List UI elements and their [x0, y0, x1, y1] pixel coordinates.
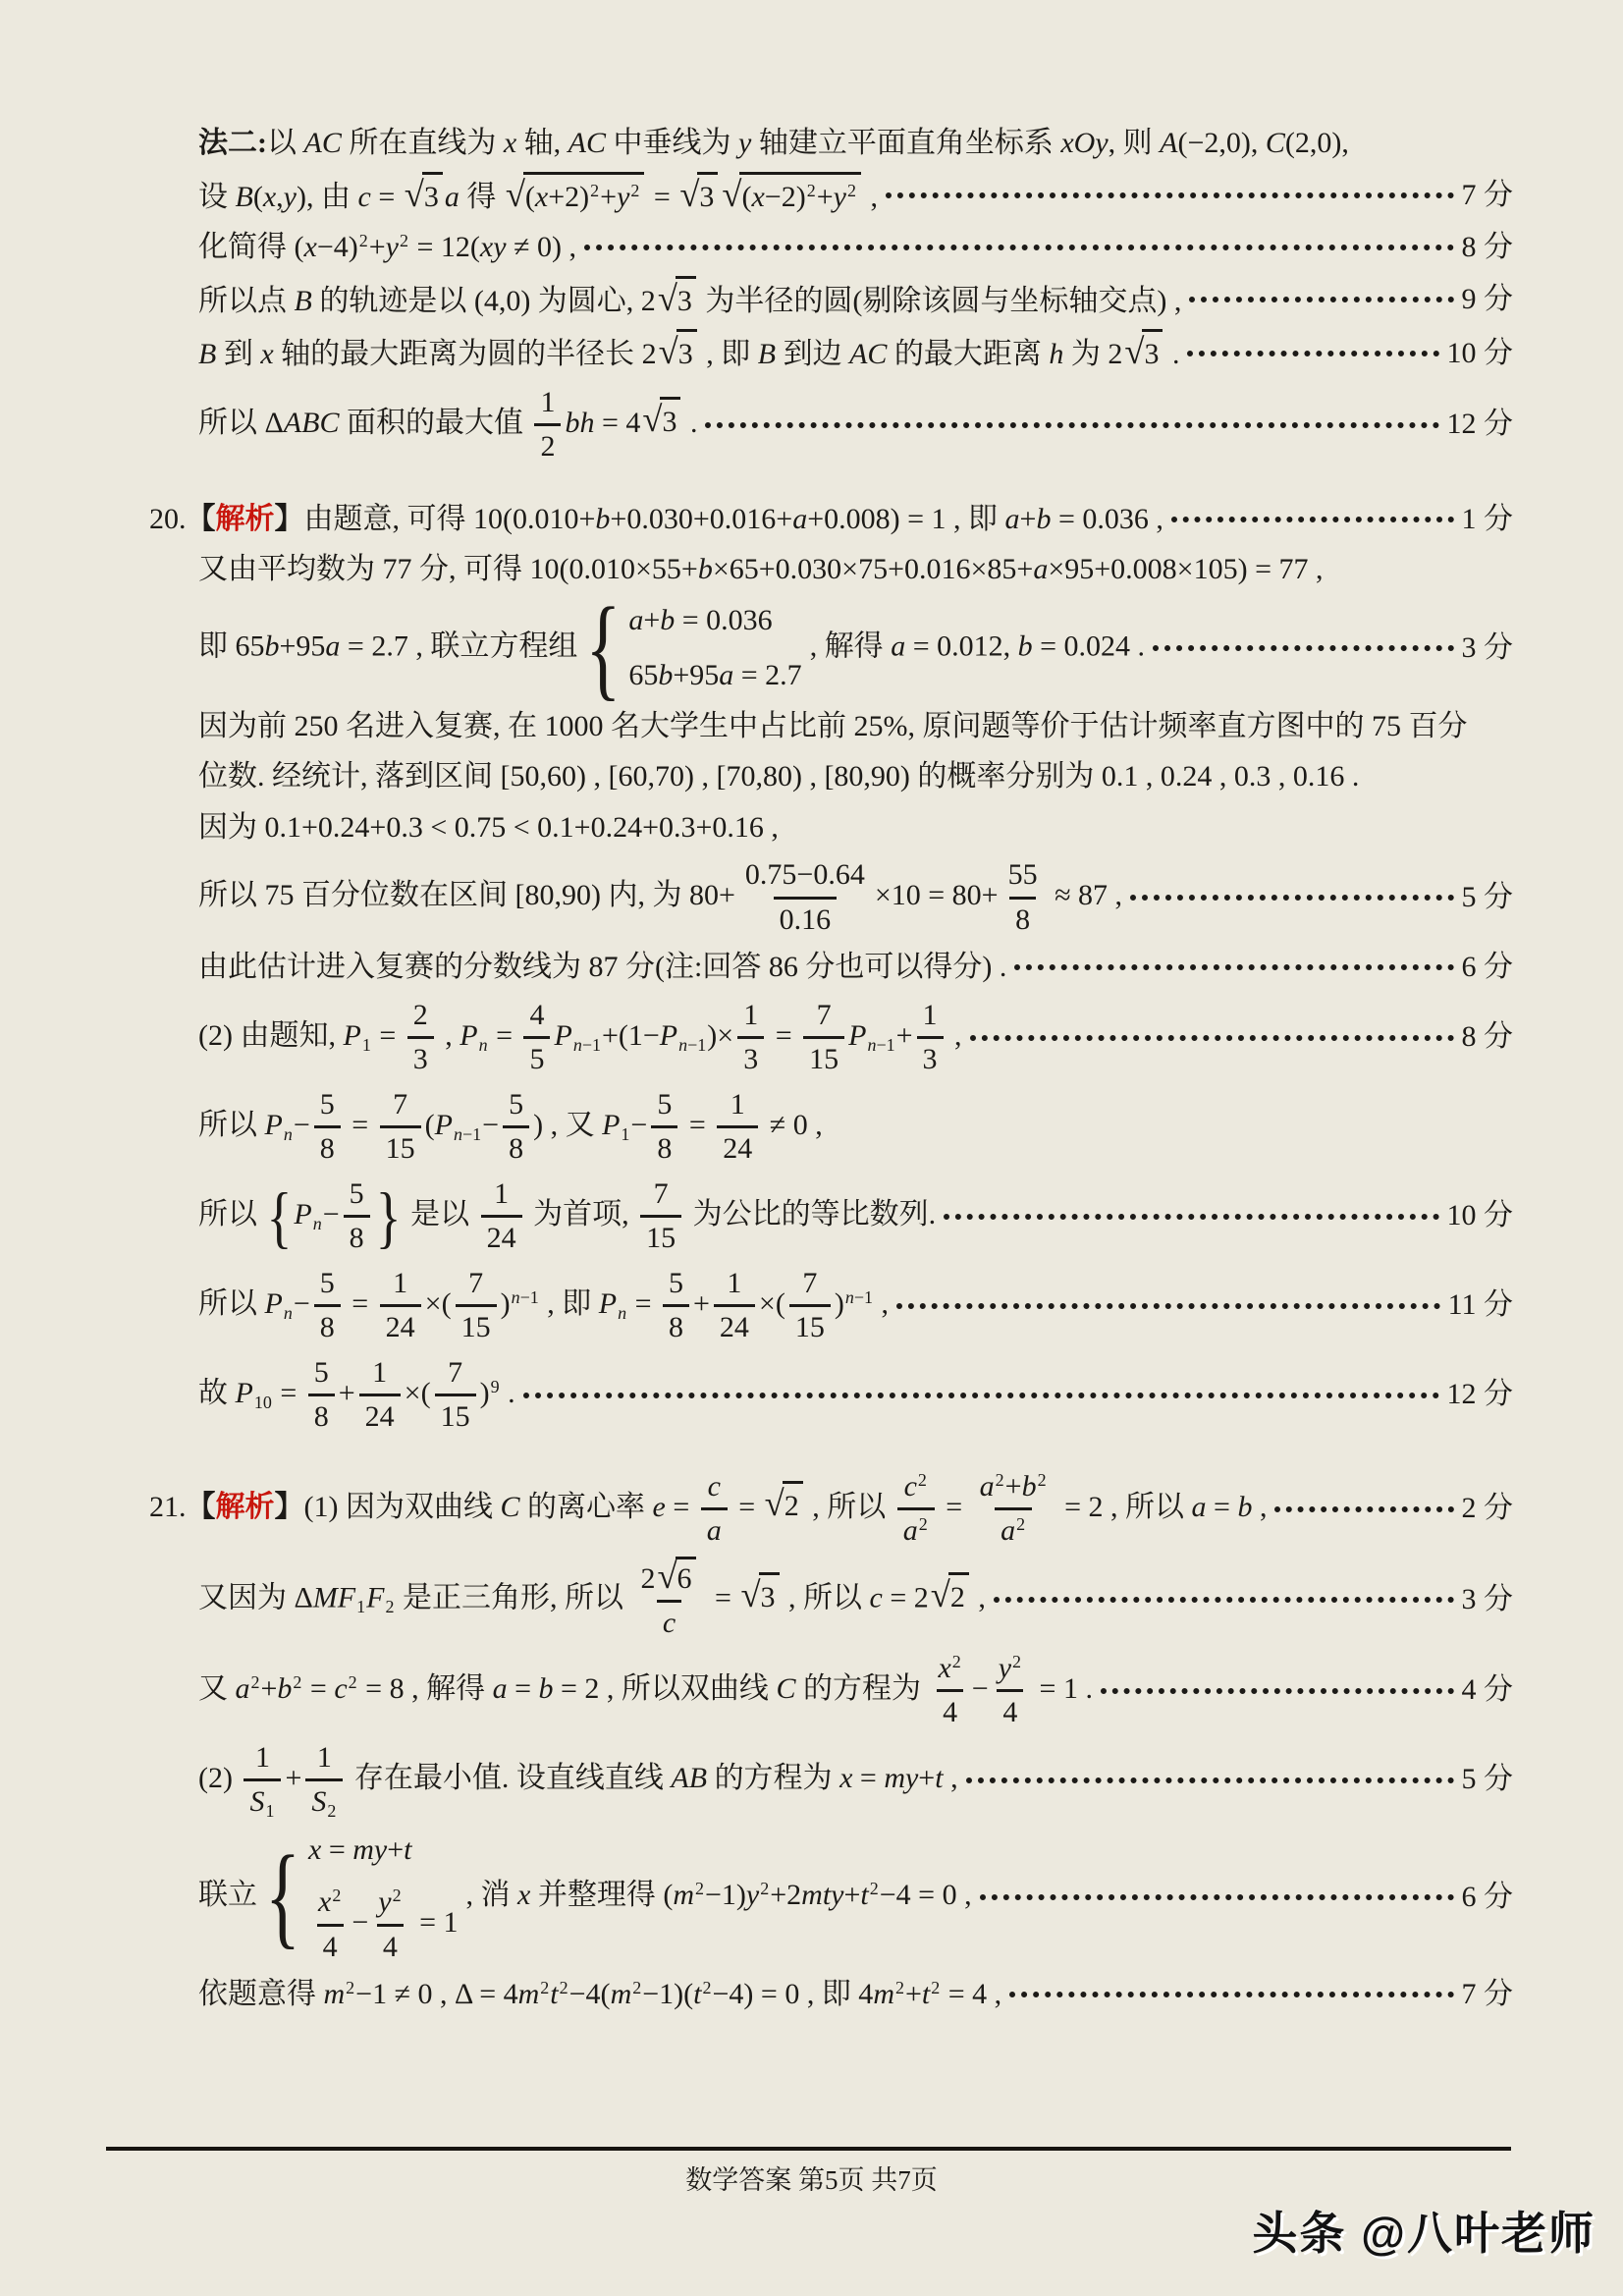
text: 24: [723, 1132, 752, 1165]
superscript: 9: [490, 1377, 501, 1396]
fraction: 124: [380, 1264, 421, 1348]
math-line: 即 65b+95a = 2.7 , 联立方程组{a+b = 0.03665b+9…: [108, 598, 1513, 699]
score-label: 3 分: [1462, 1577, 1514, 1623]
text: 2: [540, 430, 555, 463]
text: 15: [795, 1311, 825, 1343]
math-line: 设 B(x,y), 由 c = √3a 得 √(x+2)2+y2 = √3√(x…: [108, 172, 1513, 221]
text: 7: [654, 1177, 669, 1210]
math-variable: AC: [304, 127, 342, 159]
equation-system: {x = my+tx24−y24 = 1: [265, 1828, 459, 1968]
superscript: 2: [348, 1672, 358, 1692]
math-variable: xy: [480, 231, 507, 263]
radical-icon: √: [765, 1486, 784, 1522]
text: 6: [677, 1562, 692, 1595]
square-root: √2: [931, 1572, 969, 1621]
text: 3: [662, 406, 676, 438]
fraction: 23: [407, 996, 434, 1080]
footer-divider: [106, 2147, 1511, 2151]
text: ), 由: [297, 181, 358, 213]
text: (: [525, 181, 535, 213]
text: −: [482, 1108, 499, 1140]
bold-text: 】: [275, 1490, 304, 1522]
math-line: 依题意得 m2−1 ≠ 0 , Δ = 4m2t2−4(m2−1)(t2−4) …: [108, 1972, 1513, 2013]
superscript: 2: [917, 1470, 928, 1490]
text: 由此估计进入复赛的分数线为 87 分(注:回答 86 分也可以得分) .: [198, 951, 1006, 983]
superscript: 2: [559, 1978, 569, 1997]
text: ,: [863, 181, 878, 213]
superscript: 2: [358, 231, 369, 250]
subscript: 1: [620, 1124, 630, 1144]
fraction: y24: [372, 1883, 407, 1967]
text: 到边: [776, 338, 849, 370]
subscript: n−1: [572, 1035, 602, 1055]
text: −4) = 0 , 即 4: [712, 1978, 873, 2010]
math-variable: m: [324, 1978, 346, 2010]
superscript: 2: [539, 1978, 550, 1997]
text: 7: [468, 1267, 483, 1299]
score-label: 3 分: [1462, 626, 1514, 672]
math-variable: t: [404, 1833, 411, 1866]
fraction: 0.75−0.640.16: [739, 855, 871, 940]
math-variable: y: [999, 1652, 1011, 1684]
text: 8: [509, 1132, 523, 1165]
text: 55: [1008, 858, 1038, 891]
text: +: [285, 1761, 301, 1793]
subscript: n−1: [453, 1124, 482, 1144]
fraction: 12: [534, 383, 561, 467]
math-expression: B 到 x 轴的最大距离为圆的半径长 2√3 , 即 B 到边 AC 的最大距离…: [198, 329, 1179, 378]
math-line: 所以 Pn−58 = 124×(715)n−1 , 即 Pn = 58+124×…: [108, 1264, 1513, 1348]
math-variable: x: [260, 338, 273, 370]
text: −1): [705, 1879, 746, 1911]
text: ,: [1252, 1490, 1267, 1522]
subscript: n: [312, 1214, 323, 1233]
text: 3: [699, 181, 714, 213]
math-variable: m: [673, 1879, 694, 1911]
math-variable: P: [265, 1286, 283, 1319]
text: = 1: [412, 1906, 459, 1939]
text: 到: [216, 338, 260, 370]
superscript: 2: [345, 1978, 355, 1997]
text: −: [294, 1286, 310, 1319]
text: = 0.024 .: [1033, 629, 1145, 662]
subscript: 1: [361, 1035, 372, 1055]
text: 的方程为: [795, 1671, 928, 1704]
score-label: 5 分: [1462, 1757, 1514, 1803]
math-variable: P: [294, 1197, 311, 1230]
math-variable: e: [653, 1490, 666, 1522]
text: = 2: [883, 1581, 929, 1613]
text: ×95+0.008×105) = 77 ,: [1048, 553, 1323, 585]
math-variable: x: [304, 231, 317, 263]
math-variable: y: [617, 181, 629, 213]
math-variable: B: [758, 338, 776, 370]
dotted-leader: [1274, 1506, 1453, 1512]
math-expression: 所以 Pn−58 = 715(Pn−1−58) , 又 P1−58 = 124 …: [198, 1085, 823, 1170]
math-expression: 所以 ΔABC 面积的最大值 12bh = 4√3 .: [198, 383, 697, 467]
radical-icon: √: [658, 281, 677, 317]
text: 5: [509, 1088, 523, 1121]
math-variable: B: [198, 338, 216, 370]
math-line: (2) 由题知, P1 = 23 , Pn = 45Pn−1+(1−Pn−1)×…: [108, 996, 1513, 1080]
fraction: 124: [481, 1175, 522, 1259]
text: ): [480, 1376, 490, 1408]
math-variable: a: [1001, 1514, 1015, 1547]
math-variable: my: [884, 1761, 918, 1793]
math-variable: c: [904, 1470, 917, 1503]
math-variable: b: [1018, 629, 1033, 662]
superscript: n−1: [511, 1287, 540, 1307]
math-variable: C: [1266, 127, 1285, 159]
math-variable: x: [535, 181, 548, 213]
math-variable: a: [792, 503, 807, 535]
math-variable: b: [265, 629, 280, 662]
text: 3: [761, 1581, 776, 1613]
subscript: 2: [326, 1801, 337, 1821]
math-line: 法二:以 AC 所在直线为 x 轴, AC 中垂线为 y 轴建立平面直角坐标系 …: [108, 121, 1513, 167]
text: , 所以: [782, 1581, 870, 1613]
text: 因为前 250 名进入复赛, 在 1000 名大学生中占比前 25%, 原问题等…: [198, 710, 1468, 742]
superscript: 2: [701, 1978, 712, 1997]
superscript: 2: [629, 181, 640, 200]
radical-icon: √: [931, 1577, 950, 1613]
math-expression: 又 a2+b2 = c2 = 8 , 解得 a = b = 2 , 所以双曲线 …: [198, 1649, 1093, 1733]
text: 4: [529, 999, 544, 1031]
text: 又: [198, 1671, 236, 1704]
text: 2: [950, 1581, 965, 1613]
text: ,: [944, 1761, 958, 1793]
text: 为首项,: [526, 1197, 637, 1230]
text: −: [972, 1671, 989, 1704]
math-expression: 所以 Pn−58 = 124×(715)n−1 , 即 Pn = 58+124×…: [198, 1264, 889, 1348]
math-variable: xOy: [1060, 127, 1108, 159]
math-variable: a: [903, 1514, 918, 1547]
math-line: 又由平均数为 77 分, 可得 10(0.010×55+b×65+0.030×7…: [108, 547, 1513, 593]
text: 4: [943, 1696, 957, 1728]
math-variable: x: [308, 1833, 321, 1866]
text: +2): [548, 181, 589, 213]
text: 21.: [149, 1490, 187, 1522]
text: 以: [267, 127, 304, 159]
dotted-leader: [1009, 1992, 1453, 1997]
radical-icon: √: [506, 177, 525, 213]
text: 24: [386, 1311, 415, 1343]
text: (2) 由题知,: [198, 1018, 343, 1051]
text: =: [321, 1833, 352, 1866]
math-variable: b: [660, 604, 675, 636]
math-variable: P: [460, 1018, 477, 1051]
radical-icon: √: [740, 1577, 760, 1613]
text: 1: [255, 1741, 270, 1774]
dotted-leader: [1171, 517, 1454, 522]
math-variable: x: [263, 181, 276, 213]
score-label: 4 分: [1462, 1667, 1514, 1714]
text: 得: [460, 181, 504, 213]
text: =: [768, 1018, 799, 1051]
text: 的轨迹是以 (4,0) 为圆心, 2: [312, 285, 656, 317]
text: (1) 因为双曲线: [304, 1490, 501, 1522]
text: 0.16: [780, 903, 832, 936]
math-expression: 化简得 (x−4)2+y2 = 12(xy ≠ 0) ,: [198, 225, 576, 271]
score-label: 5 分: [1462, 875, 1514, 921]
math-expression: 故 P10 = 58+124×(715)9 .: [198, 1353, 515, 1438]
dotted-leader: [1187, 351, 1438, 356]
square-root: √3: [659, 329, 697, 378]
text: 0.75−0.64: [745, 858, 865, 891]
answers-content: 法二:以 AC 所在直线为 x 轴, AC 中垂线为 y 轴建立平面直角坐标系 …: [0, 0, 1623, 2013]
text: 8: [669, 1311, 683, 1343]
math-variable: m: [873, 1978, 894, 2010]
math-variable: t: [935, 1761, 943, 1793]
text: =: [852, 1761, 884, 1793]
score-label: 10 分: [1447, 331, 1514, 377]
text: 并整理得 (: [530, 1879, 673, 1911]
superscript: 2: [951, 1652, 962, 1671]
text: , 所以: [805, 1490, 893, 1522]
score-label: 7 分: [1462, 173, 1514, 219]
fraction: 58: [314, 1085, 341, 1170]
text: ×65+0.030×75+0.016×85+: [713, 553, 1034, 585]
math-variable: P: [554, 1018, 571, 1051]
fraction: 715: [435, 1353, 476, 1438]
dotted-leader: [970, 1035, 1454, 1041]
text: 4: [383, 1931, 398, 1963]
math-variable: B: [236, 181, 253, 213]
math-line: 因为前 250 名进入复赛, 在 1000 名大学生中占比前 25%, 原问题等…: [108, 704, 1513, 750]
square-root: √2: [765, 1481, 803, 1530]
square-root: √3: [658, 276, 696, 325]
text: , 则: [1109, 127, 1161, 159]
fraction: 58: [663, 1264, 689, 1348]
text: =: [508, 1671, 539, 1704]
text: 5: [350, 1177, 364, 1210]
text: 2: [413, 999, 428, 1031]
text: =: [489, 1018, 520, 1051]
dotted-leader: [584, 245, 1453, 250]
text: ,: [947, 1018, 962, 1051]
text: .: [1164, 338, 1179, 370]
text: 设: [198, 181, 236, 213]
text: ×(: [405, 1376, 431, 1408]
math-line: 又因为 ΔMF1F2 是正三角形, 所以 2√6c = √3 , 所以 c = …: [108, 1557, 1513, 1644]
superscript: 2: [589, 181, 600, 200]
text: = 2.7: [733, 659, 801, 691]
text: +: [339, 1376, 355, 1408]
text: 8: [314, 1400, 329, 1433]
superscript: 2: [292, 1672, 302, 1692]
score-label: 8 分: [1462, 225, 1514, 271]
text: ,: [438, 1018, 460, 1051]
text: .: [682, 406, 697, 438]
superscript: 2: [250, 1672, 261, 1692]
math-variable: P: [602, 1108, 620, 1140]
text: 7: [817, 999, 832, 1031]
text: (: [253, 181, 263, 213]
math-line: 联立{x = my+tx24−y24 = 1, 消 x 并整理得 (m2−1)y…: [108, 1828, 1513, 1968]
text: 1: [730, 1088, 745, 1121]
math-variable: AB: [671, 1761, 707, 1793]
text: = 2 , 所以: [1057, 1490, 1192, 1522]
fraction: 45: [523, 996, 550, 1080]
fraction: 1S1: [243, 1738, 281, 1823]
text: = 4 ,: [941, 1978, 1001, 2010]
radical-icon: √: [659, 334, 678, 370]
text: 1: [727, 1267, 741, 1299]
text: −: [630, 1108, 647, 1140]
math-variable: a: [236, 1671, 250, 1704]
math-variable: mty: [801, 1879, 843, 1911]
square-root: √(x+2)2+y2: [506, 172, 645, 221]
score-label: 6 分: [1462, 1875, 1514, 1921]
watermark: 头条 @八叶老师: [1252, 2198, 1596, 2263]
square-root: √6: [657, 1557, 695, 1600]
math-line: 21.【解析】(1) 因为双曲线 C 的离心率 e = ca = √2 , 所以…: [108, 1467, 1513, 1552]
text: ): [835, 1286, 844, 1319]
radical-icon: √: [722, 177, 741, 213]
math-line: 化简得 (x−4)2+y2 = 12(xy ≠ 0) ,8 分: [108, 225, 1513, 271]
math-variable: a: [325, 629, 340, 662]
superscript: 2: [995, 1470, 1005, 1490]
fraction: 58: [314, 1264, 341, 1348]
text: −2): [765, 181, 806, 213]
math-variable: S: [249, 1785, 264, 1818]
left-brace-icon: {: [265, 1840, 300, 1954]
math-variable: bh: [565, 406, 594, 438]
math-variable: c: [708, 1470, 721, 1503]
text: 5: [320, 1267, 335, 1299]
text: 又因为 Δ: [198, 1581, 313, 1613]
dotted-leader: [705, 422, 1438, 428]
radical-icon: √: [657, 1558, 676, 1595]
math-variable: b: [698, 553, 713, 585]
math-line: 因为 0.1+0.24+0.3 < 0.75 < 0.1+0.24+0.3+0.…: [108, 805, 1513, 851]
text: (2,0),: [1285, 127, 1349, 159]
math-variable: P: [848, 1018, 866, 1051]
text: =: [345, 1286, 376, 1319]
subscript: 2: [384, 1597, 395, 1616]
text: 15: [646, 1222, 676, 1254]
math-line: 由此估计进入复赛的分数线为 87 分(注:回答 86 分也可以得分) .6 分: [108, 945, 1513, 991]
text: 1: [540, 386, 555, 418]
text: 8: [1015, 903, 1030, 936]
math-variable: a: [707, 1514, 722, 1547]
superscript: 2: [399, 231, 409, 250]
math-line: 位数. 经统计, 落到区间 [50,60) , [60,70) , [70,80…: [108, 754, 1513, 800]
text: 4: [1002, 1696, 1017, 1728]
text: +: [643, 604, 660, 636]
score-label: 12 分: [1447, 1372, 1514, 1418]
fraction: 124: [714, 1264, 755, 1348]
superscript: 2: [1037, 1470, 1048, 1490]
math-variable: P: [435, 1108, 453, 1140]
text: 为公比的等比数列.: [685, 1197, 936, 1230]
score-label: 7 分: [1462, 1972, 1514, 2013]
text: =: [731, 1490, 763, 1522]
math-variable: A: [1160, 127, 1177, 159]
subscript: 1: [355, 1597, 366, 1616]
superscript: 2: [694, 1879, 705, 1898]
text: 联立: [198, 1879, 257, 1911]
text: 是正三角形, 所以: [395, 1581, 630, 1613]
text: = 2 , 所以双曲线: [554, 1671, 777, 1704]
square-root: √3: [642, 397, 680, 446]
score-label: 12 分: [1447, 402, 1514, 448]
text: 轴建立平面直角坐标系: [751, 127, 1060, 159]
math-variable: c: [357, 181, 370, 213]
math-expression: 20.【解析】由题意, 可得 10(0.010+b+0.030+0.016+a+…: [149, 497, 1163, 543]
dotted-leader: [886, 192, 1454, 198]
math-variable: x: [839, 1761, 852, 1793]
fraction: 13: [737, 996, 764, 1080]
bold-text: 【: [187, 1490, 216, 1522]
text: =: [372, 1018, 404, 1051]
text: −4): [317, 231, 358, 263]
dotted-leader: [1189, 297, 1453, 302]
fraction: 715: [803, 996, 844, 1080]
math-expression: 由此估计进入复赛的分数线为 87 分(注:回答 86 分也可以得分) .: [198, 945, 1006, 991]
text: −4 = 0 ,: [880, 1879, 972, 1911]
superscript: 2: [392, 1886, 403, 1905]
text: 轴,: [516, 127, 568, 159]
math-variable: x: [751, 181, 764, 213]
text: 7: [393, 1088, 407, 1121]
math-line: 所以点 B 的轨迹是以 (4,0) 为圆心, 2√3 为半径的圆(剔除该圆与坐标…: [108, 276, 1513, 325]
superscript: 2: [806, 181, 817, 200]
text: (−2,0),: [1177, 127, 1265, 159]
text: =: [646, 181, 677, 213]
math-variable: F: [366, 1581, 384, 1613]
dotted-leader: [966, 1777, 1454, 1783]
text: 5: [657, 1088, 672, 1121]
text: 为半径的圆(剔除该圆与坐标轴交点) ,: [698, 285, 1181, 317]
text: =: [273, 1376, 304, 1408]
text: ≠ 0 ,: [762, 1108, 822, 1140]
score-label: 2 分: [1462, 1486, 1514, 1532]
superscript: 2: [331, 1886, 342, 1905]
text: 面积的最大值: [339, 406, 530, 438]
math-variable: a: [719, 659, 733, 691]
math-variable: a: [493, 1671, 508, 1704]
math-variable: a: [628, 604, 643, 636]
text: 所以: [198, 1108, 265, 1140]
text: 所在直线为: [342, 127, 504, 159]
text: 7: [448, 1356, 462, 1389]
text: 因为 0.1+0.24+0.3 < 0.75 < 0.1+0.24+0.3+0.…: [198, 811, 779, 844]
math-variable: b: [277, 1671, 292, 1704]
dotted-leader: [1153, 645, 1453, 651]
math-variable: m: [611, 1978, 632, 2010]
subscript: n: [283, 1303, 294, 1323]
subscript: n: [478, 1035, 489, 1055]
text: +: [261, 1671, 278, 1704]
fraction: 715: [789, 1264, 831, 1348]
analysis-label: 解析: [216, 1490, 275, 1522]
text: 2: [784, 1490, 799, 1522]
text: 存在最小值. 设直线直线: [347, 1761, 671, 1793]
text: −1 ≠ 0 , Δ = 4: [355, 1978, 517, 2010]
text: ×(: [759, 1286, 785, 1319]
text: )×: [707, 1018, 733, 1051]
text: +: [905, 1978, 922, 2010]
math-line: (2) 1S1+1S2 存在最小值. 设直线直线 AB 的方程为 x = my+…: [108, 1738, 1513, 1823]
fraction: 58: [651, 1085, 677, 1170]
fraction: a2+b2a2: [974, 1467, 1054, 1552]
fraction: 715: [456, 1264, 497, 1348]
text: 由题意, 可得 10(0.010+: [304, 503, 596, 535]
text: ): [501, 1286, 511, 1319]
math-line: 所以 ΔABC 面积的最大值 12bh = 4√3 .12 分: [108, 383, 1513, 467]
math-variable: t: [550, 1978, 558, 2010]
